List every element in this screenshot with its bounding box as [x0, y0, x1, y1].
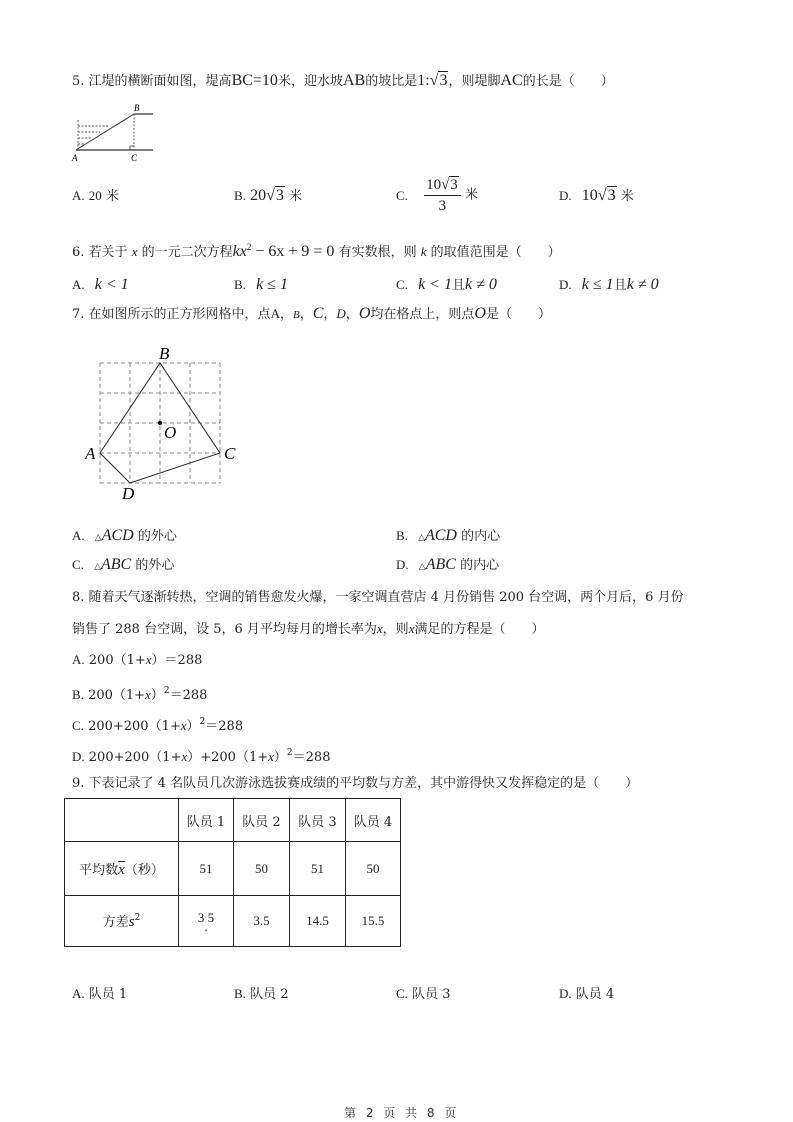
column-header: 队员 3 [290, 799, 346, 842]
question-number: 6. [72, 245, 84, 260]
table-row-mean: 平均数x（秒） 51 50 51 50 [65, 842, 401, 896]
triangle-icon: △ [94, 562, 101, 572]
q5-option-d[interactable]: D. 10√3 米 [559, 187, 634, 206]
fraction: 10√3 3 [424, 175, 461, 216]
q8-option-a[interactable]: A. 200（1+x）＝288 [72, 651, 202, 670]
point-label-d: D [121, 484, 135, 500]
point-label-c: C [224, 444, 236, 463]
q9-score-table: 队员 1 队员 2 队员 3 队员 4 平均数x（秒） 51 50 51 50 … [64, 798, 401, 947]
q5-option-a[interactable]: A. 20 米 [72, 187, 119, 206]
q5-option-b[interactable]: B. 20√3 米 [234, 187, 302, 206]
sqrt-expression: √3 [430, 72, 449, 90]
q6-option-d[interactable]: D. k ≤ 1且k ≠ 0 [559, 276, 659, 295]
q9-option-c[interactable]: C. 队员 3 [396, 985, 450, 1004]
row-label-mean: 平均数x（秒） [65, 842, 179, 896]
column-header: 队员 4 [346, 799, 401, 842]
q8-option-b[interactable]: B. 200（1+x）2＝288 [72, 682, 207, 705]
point-label-o: O [164, 423, 176, 442]
point-label-b: B [134, 103, 140, 113]
point-label-a: A [84, 444, 96, 463]
point-o [158, 421, 162, 425]
question-number: 5. [72, 74, 84, 89]
triangle-icon: △ [418, 533, 425, 543]
page-footer: 第 2 页 共 8 页 [344, 1104, 459, 1121]
triangle-icon: △ [419, 562, 426, 572]
q7-option-b[interactable]: B. △ACD 的内心 [396, 527, 500, 547]
q7-option-d[interactable]: D. △ABC 的内心 [396, 556, 499, 576]
q7-option-a[interactable]: A. △ACD 的外心 [72, 527, 177, 547]
table-row-variance: 方差s2 3 5 . 3.5 14.5 15.5 [65, 896, 401, 947]
q6-option-c[interactable]: C. k < 1且k ≠ 0 [396, 276, 497, 295]
table-header-row: 队员 1 队员 2 队员 3 队员 4 [65, 799, 401, 842]
q8-option-d[interactable]: D. 200+200（1+x）+200（1+x）2＝288 [72, 744, 330, 767]
q8-option-c[interactable]: C. 200+200（1+x）2＝288 [72, 713, 243, 736]
column-header: 队员 1 [179, 799, 234, 842]
point-label-b: B [159, 344, 170, 363]
sqrt-expression: √3 [598, 187, 617, 205]
q8-stem-line1: 8. 随着天气逐渐转热，空调的销售愈发火爆，一家空调直营店 4 月份销售 200… [72, 589, 684, 607]
q5-option-c[interactable]: C. 10√3 3 米 [396, 175, 478, 216]
q5-stem: 5. 江堤的横断面如图，堤高BC=10米，迎水坡AB的坡比是1:√3，则堤脚AC… [72, 72, 614, 91]
q9-option-a[interactable]: A. 队员 1 [72, 985, 127, 1004]
q6-stem: 6. 若关于 x 的一元二次方程kx2 − 6x + 9 = 0 有实数根，则 … [72, 238, 561, 262]
question-number: 8. [72, 590, 84, 605]
q6-option-b[interactable]: B. k ≤ 1 [234, 276, 288, 295]
point-label-c: C [131, 153, 138, 163]
q9-option-b[interactable]: B. 队员 2 [234, 985, 288, 1004]
q7-grid-figure: B A C D O [80, 340, 250, 500]
question-number: 9. [72, 776, 84, 791]
q7-option-c[interactable]: C. △ABC 的外心 [72, 556, 174, 576]
question-number: 7. [72, 307, 84, 322]
q8-stem-line2: 销售了 288 台空调，设 5，6 月平均每月的增长率为x，则x满足的方程是（ … [72, 620, 544, 639]
column-header: 队员 2 [234, 799, 290, 842]
row-label-variance: 方差s2 [65, 896, 179, 947]
sqrt-expression: √3 [266, 187, 285, 205]
q9-option-d[interactable]: D. 队员 4 [559, 985, 614, 1004]
triangle-icon: △ [95, 533, 102, 543]
q7-stem: 7. 在如图所示的正方形网格中，点A，B，C，D，O均在格点上，则点O是（ ） [72, 305, 551, 324]
q6-option-a[interactable]: A. k < 1 [72, 276, 129, 295]
point-label-a: A [71, 153, 78, 163]
q9-stem: 9. 下表记录了 4 名队员几次游泳选拔赛成绩的平均数与方差，其中游得快又发挥稳… [72, 775, 638, 793]
q5-embankment-figure: B A C [68, 100, 168, 166]
